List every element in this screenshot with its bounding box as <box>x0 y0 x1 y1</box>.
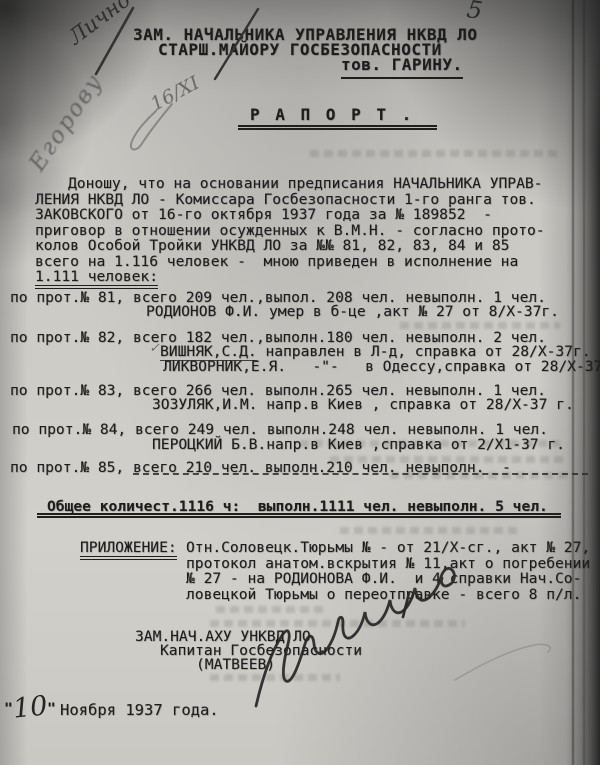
dashed-separator-rule <box>133 473 588 475</box>
body-line: колов Особой Тройки УНКВД ЛО за №№ 81, 8… <box>35 238 509 253</box>
page-title: Р А П О Р Т . <box>250 107 414 124</box>
bleed-through-row <box>216 606 326 613</box>
document-page: ЗАМ. НАЧАЛЬНИКА УПРАВЛЕНИЯ НКВД ЛО СТАРШ… <box>0 0 600 765</box>
body-line-total-emphasis: 1.111 человек: <box>35 269 158 289</box>
attachment-line: протокол анатом.вскрытия № 11,акт о погр… <box>186 556 590 571</box>
attachment-line: ловецкой Тюрьмы о переотправке - всего 8… <box>186 587 581 602</box>
handwritten-note-name: Егорову <box>24 69 108 176</box>
date-close-quote: " <box>47 701 56 716</box>
body-line: всего на 1.116 человек - мною приведен в… <box>35 254 518 269</box>
page-edge-streak <box>583 0 585 765</box>
date-day-handwritten: 10 <box>11 690 48 724</box>
total-underline-rule <box>37 513 561 518</box>
recipient-line-3: тов. ГАРИНУ. <box>341 57 463 79</box>
handwritten-note-date: 16/XI <box>147 72 203 116</box>
handwritten-page-number: 5 <box>465 0 484 25</box>
bleed-through-row <box>400 322 560 329</box>
bleed-through-row <box>340 527 520 534</box>
bleed-through-row <box>310 150 560 157</box>
attachment-line: № 27 - на РОДИОНОВА Ф.И. и 4 справки Нач… <box>186 571 581 586</box>
page-edge-streak <box>572 0 574 765</box>
signature-line-3: (МАТВЕЕВ) <box>196 657 275 672</box>
bleed-through-row <box>210 674 340 681</box>
protocol-82-detail-2: ЛИКВОРНИК,Е.Я. -"- в Одессу,справка от 2… <box>163 359 600 374</box>
body-line: Доношу, что на основании предписания НАЧ… <box>68 176 542 191</box>
signature-echo-ink <box>455 644 550 680</box>
title-underline-rule <box>238 125 437 130</box>
protocol-81-detail: РОДИОНОВ Ф.И. умер в б-це ,акт № 27 от 8… <box>146 304 559 319</box>
protocol-83-detail: ЗОЗУЛЯК,И.М. напр.в Киев , справка от 28… <box>152 397 574 412</box>
bleed-through-row <box>210 620 465 627</box>
check-mark: ✓ <box>149 341 160 356</box>
attachment-label: ПРИЛОЖЕНИЕ: <box>80 540 177 560</box>
body-line: ЛЕНИЯ НКВД ЛО - Комиссара Госбезопасност… <box>35 192 536 207</box>
body-line: ЗАКОВСКОГО от 16-го октября 1937 года за… <box>35 207 492 222</box>
date-text: Ноября 1937 года. <box>60 702 219 718</box>
handwritten-note-top: Лично <box>64 0 135 49</box>
attachment-line: Отн.Соловецк.Тюрьмы № - от 21/X-сг., акт… <box>186 540 590 555</box>
protocol-84-detail: ПЕРОЦКИЙ Б.В.напр.в Киев ,справка от 2/X… <box>152 437 565 452</box>
body-line: приговор в отношении осужденных к В.М.Н.… <box>35 223 545 238</box>
